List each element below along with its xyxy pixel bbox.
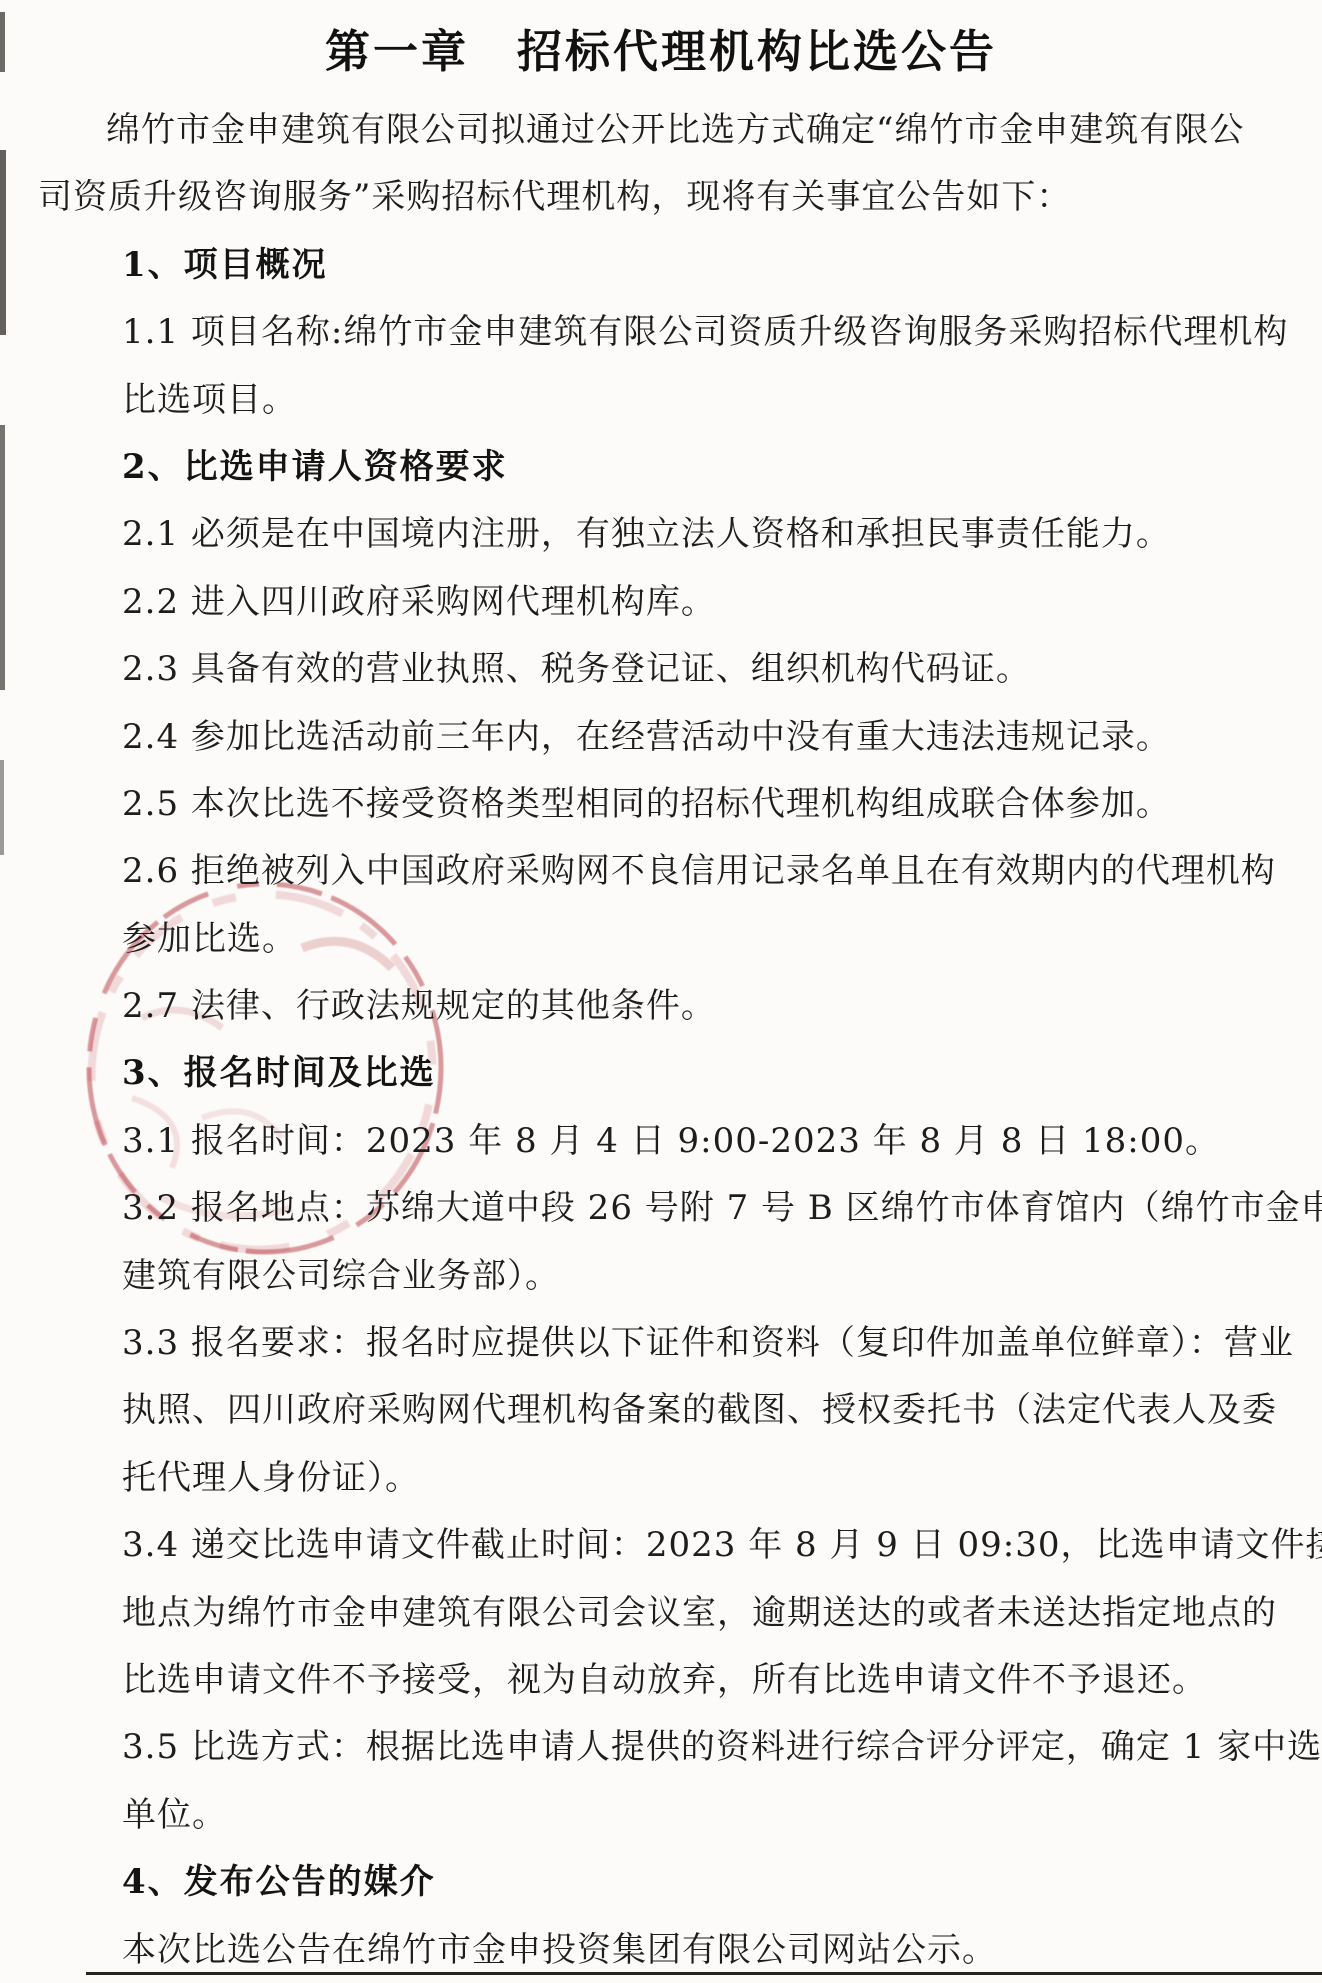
document-body: 绵竹市金申建筑有限公司拟通过公开比选方式确定“绵竹市金申建筑有限公司资质升级咨询… xyxy=(0,97,1322,1983)
text-line: 3.1 报名时间：2023 年 8 月 4 日 9:00-2023 年 8 月 … xyxy=(0,1108,1322,1175)
text-line: 2.6 拒绝被列入中国政府采购网不良信用记录名单且在有效期内的代理机构 xyxy=(0,838,1322,905)
section-heading: 1、项目概况 xyxy=(0,232,1322,299)
text-line: 3.5 比选方式：根据比选申请人提供的资料进行综合评分评定，确定 1 家中选 xyxy=(0,1714,1322,1781)
section-heading: 4、发布公告的媒介 xyxy=(0,1849,1322,1916)
text-line: 3.2 报名地点：苏绵大道中段 26 号附 7 号 B 区绵竹市体育馆内（绵竹市… xyxy=(0,1175,1322,1242)
text-line: 2.1 必须是在中国境内注册，有独立法人资格和承担民事责任能力。 xyxy=(0,501,1322,568)
text-line: 2.7 法律、行政法规规定的其他条件。 xyxy=(0,973,1322,1040)
text-line: 托代理人身份证）。 xyxy=(0,1445,1322,1512)
text-line: 3.4 递交比选申请文件截止时间：2023 年 8 月 9 日 09:30，比选… xyxy=(0,1512,1322,1579)
text-line: 本次比选公告在绵竹市金申投资集团有限公司网站公示。 xyxy=(0,1917,1322,1983)
text-line: 2.3 具备有效的营业执照、税务登记证、组织机构代码证。 xyxy=(0,636,1322,703)
section-heading: 3、报名时间及比选 xyxy=(0,1040,1322,1107)
text-line: 建筑有限公司综合业务部）。 xyxy=(0,1243,1322,1310)
text-line: 3.3 报名要求：报名时应提供以下证件和资料（复印件加盖单位鲜章）：营业 xyxy=(0,1310,1322,1377)
text-line: 2.5 本次比选不接受资格类型相同的招标代理机构组成联合体参加。 xyxy=(0,771,1322,838)
section-heading: 2、比选申请人资格要求 xyxy=(0,434,1322,501)
text-line: 比选项目。 xyxy=(0,367,1322,434)
text-line: 2.2 进入四川政府采购网代理机构库。 xyxy=(0,569,1322,636)
text-line: 绵竹市金申建筑有限公司拟通过公开比选方式确定“绵竹市金申建筑有限公 xyxy=(0,97,1322,164)
text-line: 执照、四川政府采购网代理机构备案的截图、授权委托书（法定代表人及委 xyxy=(0,1377,1322,1444)
document-page: 第一章 招标代理机构比选公告 绵竹市金申建筑有限公司拟通过公开比选方式确定“绵竹… xyxy=(0,0,1322,1983)
text-line: 参加比选。 xyxy=(0,906,1322,973)
text-line: 单位。 xyxy=(0,1782,1322,1849)
text-line: 地点为绵竹市金申建筑有限公司会议室，逾期送达的或者未送达指定地点的 xyxy=(0,1580,1322,1647)
scan-edge-artifact xyxy=(0,12,5,72)
text-line: 司资质升级咨询服务”采购招标代理机构，现将有关事宜公告如下： xyxy=(0,164,1322,231)
text-line: 比选申请文件不予接受，视为自动放弃，所有比选申请文件不予退还。 xyxy=(0,1647,1322,1714)
text-line: 1.1 项目名称:绵竹市金申建筑有限公司资质升级咨询服务采购招标代理机构 xyxy=(0,299,1322,366)
chapter-title: 第一章 招标代理机构比选公告 xyxy=(0,20,1322,83)
text-line: 2.4 参加比选活动前三年内，在经营活动中没有重大违法违规记录。 xyxy=(0,704,1322,771)
